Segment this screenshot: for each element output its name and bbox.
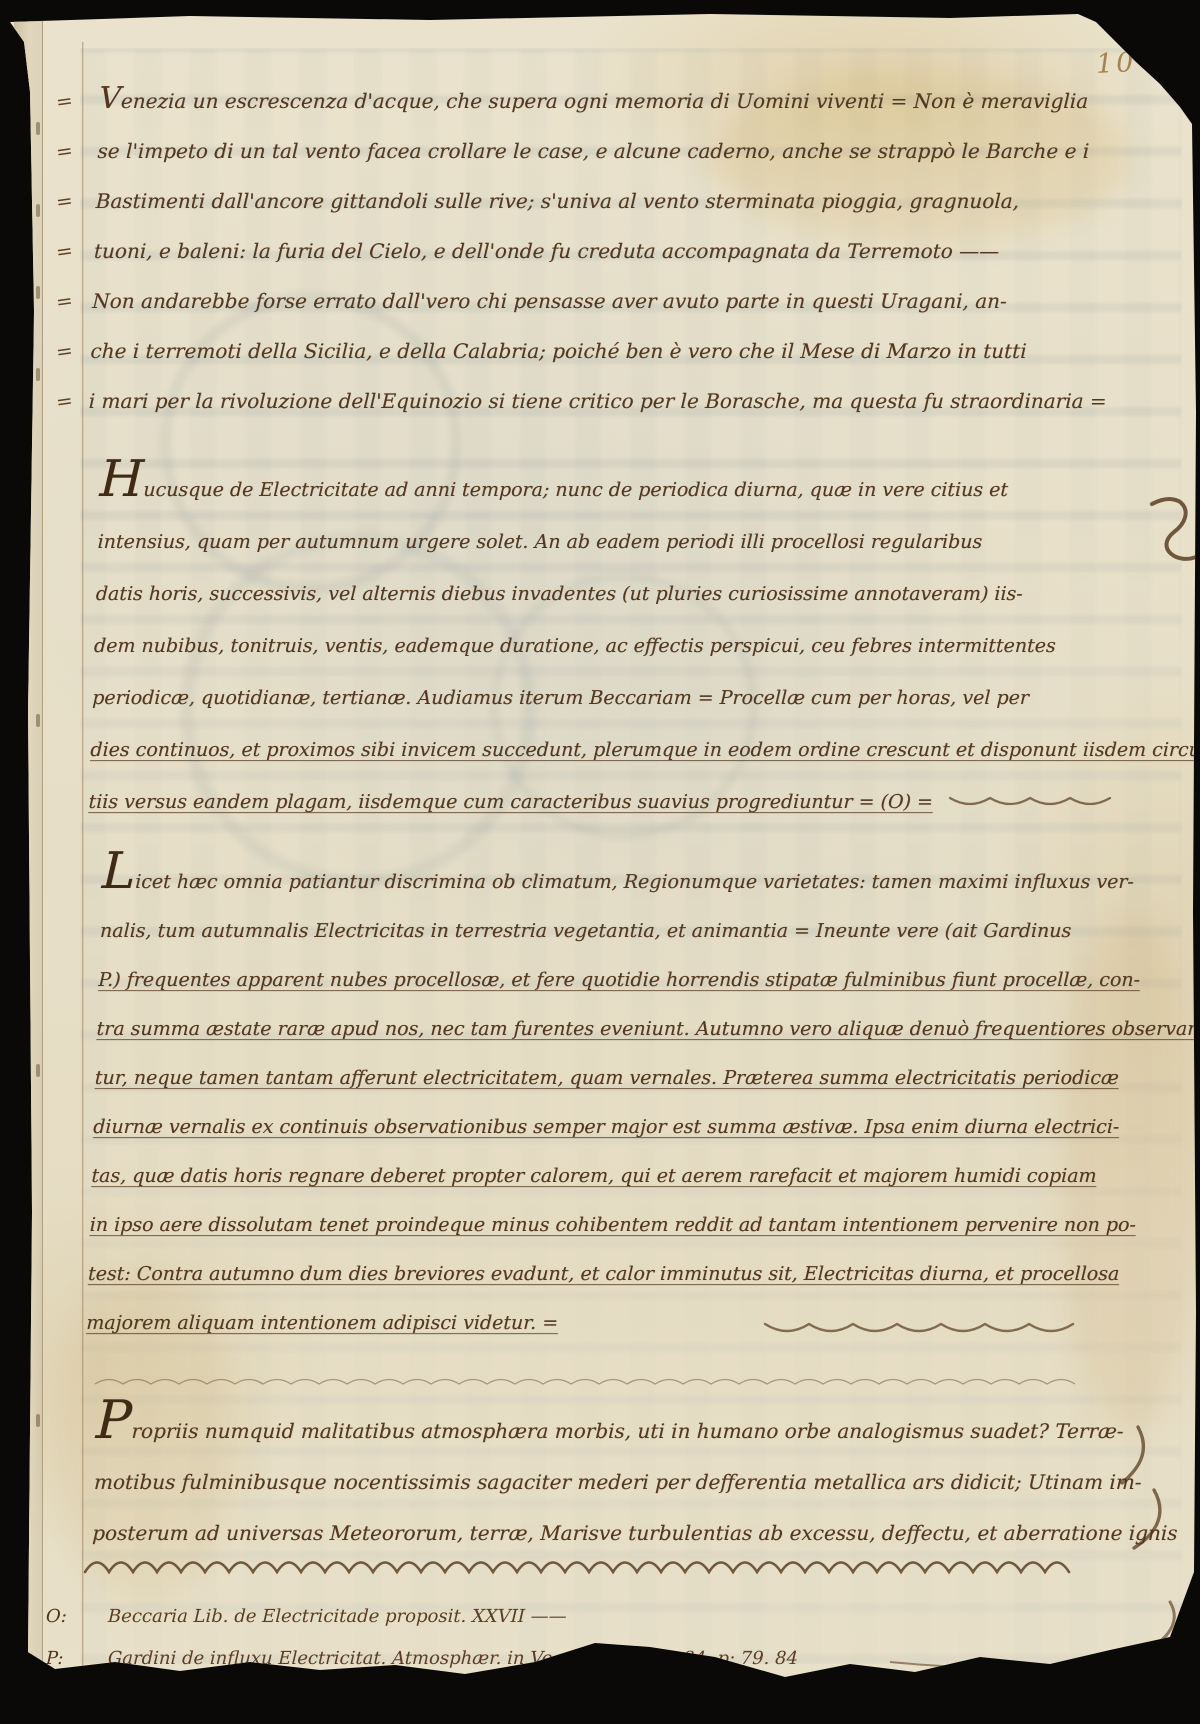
faint-zigzag-line bbox=[95, 1380, 1075, 1385]
margin-mark: = bbox=[53, 75, 77, 127]
stitch-mark bbox=[36, 204, 40, 217]
manuscript-line: Licet hæc omnia patiantur discrimina ob … bbox=[101, 858, 1193, 907]
manuscript-line-underlined: test: Contra autumno dum dies breviores … bbox=[87, 1250, 1179, 1299]
manuscript-line-underlined: majorem aliquam intentionem adipisci vid… bbox=[85, 1299, 1177, 1348]
binding-fold bbox=[14, 20, 43, 1678]
margin-mark: = bbox=[53, 175, 77, 227]
footnote-gardini: P: Gardini de influxu Electricitat. Atmo… bbox=[108, 1648, 1169, 1669]
manuscript-line: motibus fulminibusque nocentissimis saga… bbox=[93, 1457, 1185, 1508]
footnote-marker: P: bbox=[46, 1648, 64, 1669]
manuscript-line: intensius, quam per autumnum urgere sole… bbox=[97, 516, 1189, 568]
footnote-beccaria: O: Beccaria Lib. de Electricitade propos… bbox=[108, 1606, 1169, 1627]
margin-mark: = bbox=[53, 225, 77, 277]
manuscript-line: nalis, tum autumnalis Electricitas in te… bbox=[99, 907, 1191, 956]
manuscript-line-underlined: diurnæ vernalis ex continuis observation… bbox=[92, 1103, 1184, 1152]
manuscript-page: 10 = = = = = = = Venezia un escrescenza … bbox=[10, 12, 1200, 1704]
footnote-text: Gardini de influxu Electricitat. Atmosph… bbox=[108, 1648, 799, 1669]
manuscript-line-underlined: P.) frequentes apparent nubes procellosæ… bbox=[97, 956, 1189, 1005]
footnote-text: Beccaria Lib. de Electricitade proposit.… bbox=[108, 1606, 567, 1627]
paragraph-latin-periodic: Hucusque de Electricitate ad anni tempor… bbox=[88, 464, 1191, 828]
manuscript-line: posterum ad universas Meteororum, terræ,… bbox=[91, 1508, 1183, 1559]
margin-mark: = bbox=[53, 375, 77, 427]
margin-mark: = bbox=[53, 325, 77, 377]
manuscript-photo: 10 = = = = = = = Venezia un escrescenza … bbox=[0, 0, 1200, 1724]
manuscript-line: Propriis numquid malitatibus atmosphæra … bbox=[95, 1406, 1187, 1457]
margin-mark: = bbox=[53, 125, 77, 177]
margin-mark: = bbox=[53, 275, 77, 327]
manuscript-line: Venezia un escrescenza d'acque, che supe… bbox=[98, 76, 1190, 126]
manuscript-line: periodicæ, quotidianæ, tertianæ. Audiamu… bbox=[91, 672, 1183, 724]
paragraph-latin-gardini: Licet hæc omnia patiantur discrimina ob … bbox=[85, 858, 1192, 1348]
manuscript-line: che i terremoti della Sicilia, e della C… bbox=[90, 326, 1182, 376]
paragraph-italian-storm: Venezia un escrescenza d'acque, che supe… bbox=[88, 76, 1190, 426]
manuscript-line: Hucusque de Electricitate ad anni tempor… bbox=[99, 464, 1191, 516]
margin-marks: = = = = = = = bbox=[56, 76, 73, 426]
manuscript-line-underlined: tra summa æstate raræ apud nos, nec tam … bbox=[96, 1005, 1188, 1054]
stitch-mark bbox=[36, 122, 40, 135]
divider-flourish bbox=[85, 1563, 1069, 1573]
stitch-mark bbox=[36, 368, 40, 381]
footnote-marker: O: bbox=[46, 1606, 68, 1627]
stitch-mark bbox=[36, 1414, 40, 1427]
manuscript-line: datis horis, successivis, vel alternis d… bbox=[95, 568, 1187, 620]
manuscript-line-underlined: tas, quæ datis horis regnare deberet pro… bbox=[91, 1152, 1183, 1201]
paragraph-latin-closing: Propriis numquid malitatibus atmosphæra … bbox=[91, 1406, 1186, 1559]
manuscript-line-underlined: tur, neque tamen tantam afferunt electri… bbox=[94, 1054, 1186, 1103]
manuscript-line: se l'impeto di un tal vento facea crolla… bbox=[97, 126, 1189, 176]
manuscript-line: dem nubibus, tonitruis, ventis, eademque… bbox=[93, 620, 1185, 672]
manuscript-line: tuoni, e baleni: la furia del Cielo, e d… bbox=[93, 226, 1185, 276]
manuscript-line-underlined: dies continuos, et proximos sibi invicem… bbox=[89, 724, 1181, 776]
stitch-mark bbox=[36, 1064, 40, 1077]
manuscript-line: Non andarebbe forse errato dall'vero chi… bbox=[91, 276, 1183, 326]
manuscript-line-underlined: in ipso aere dissolutam tenet proindeque… bbox=[89, 1201, 1181, 1250]
manuscript-line-underlined: tiis versus eandem plagam, iisdemque cum… bbox=[88, 776, 1180, 828]
stitch-mark bbox=[36, 714, 40, 727]
manuscript-line: Bastimenti dall'ancore gittandoli sulle … bbox=[95, 176, 1187, 226]
stitch-mark bbox=[36, 286, 40, 299]
margin-rule-line bbox=[82, 42, 83, 1678]
manuscript-line: i mari per la rivoluzione dell'Equinozio… bbox=[88, 376, 1180, 426]
